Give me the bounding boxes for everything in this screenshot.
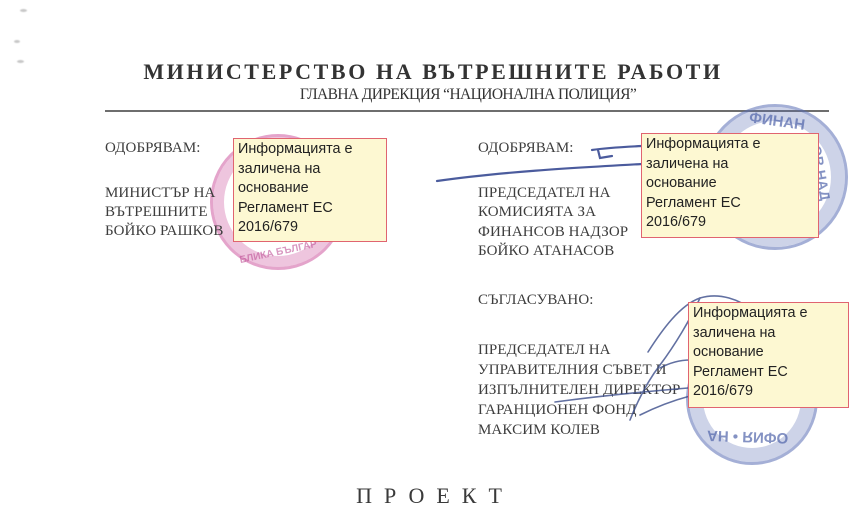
redaction-line: заличена на: [693, 324, 848, 344]
redaction-line: Регламент ЕС: [693, 363, 848, 383]
document-title: МИНИСТЕРСТВО НА ВЪТРЕШНИТЕ РАБОТИ: [0, 59, 858, 85]
draft-label: ПРОЕКТ: [0, 483, 858, 509]
redaction-line: заличена на: [238, 160, 386, 180]
agreed-label: СЪГЛАСУВАНО:: [478, 291, 594, 311]
right-signatory-line: ФИНАНСОВ НАДЗОР: [478, 223, 628, 243]
header-divider: [105, 110, 829, 112]
redaction-box: Информацията е заличена на основание Рег…: [641, 133, 819, 238]
right-signatory-line: ПРЕДСЕДАТЕЛ НА: [478, 184, 611, 204]
scan-speck: [14, 40, 20, 43]
redaction-line: заличена на: [646, 155, 818, 175]
left-signatory-line: МИНИСТЪР НА: [105, 184, 215, 204]
redaction-line: Регламент ЕС: [238, 199, 386, 219]
agreed-signatory-line: УПРАВИТЕЛНИЯ СЪВЕТ И: [478, 361, 667, 381]
agreed-signatory-line: ПРЕДСЕДАТЕЛ НА: [478, 341, 611, 361]
redaction-line: 2016/679: [693, 382, 848, 402]
left-signatory-line: ВЪТРЕШНИТЕ: [105, 203, 208, 223]
redaction-line: Информацията е: [238, 140, 386, 160]
redaction-line: основание: [646, 174, 818, 194]
redaction-line: Информацията е: [693, 304, 848, 324]
agreed-signatory-line: ИЗПЪЛНИТЕЛЕН ДИРЕКТОР: [478, 381, 680, 401]
redaction-line: основание: [238, 179, 386, 199]
stamp-text-bottom: ОФИЯ • НА: [707, 427, 789, 447]
stamp-text-top: ФИНАН: [748, 109, 806, 134]
stamp-text-bottom: БЛИКА БЪЛГАР: [239, 239, 318, 266]
agreed-signatory-line: ГАРАНЦИОНЕН ФОНД: [478, 401, 637, 421]
right-signatory-line: КОМИСИЯТА ЗА: [478, 203, 596, 223]
redaction-line: 2016/679: [238, 218, 386, 238]
redaction-line: основание: [693, 343, 848, 363]
right-signatory-line: БОЙКО АТАНАСОВ: [478, 242, 614, 262]
redaction-box: Информацията е заличена на основание Рег…: [233, 138, 387, 242]
document-subtitle: ГЛАВНА ДИРЕКЦИЯ “НАЦИОНАЛНА ПОЛИЦИЯ”: [252, 86, 684, 104]
left-approve-label: ОДОБРЯВАМ:: [105, 139, 201, 159]
redaction-line: Регламент ЕС: [646, 194, 818, 214]
redaction-line: 2016/679: [646, 213, 818, 233]
redaction-line: Информацията е: [646, 135, 818, 155]
redaction-box: Информацията е заличена на основание Рег…: [688, 302, 849, 408]
agreed-signatory-line: МАКСИМ КОЛЕВ: [478, 421, 600, 441]
right-approve-label: ОДОБРЯВАМ:: [478, 139, 574, 159]
scan-speck: [20, 9, 27, 12]
left-signatory-line: БОЙКО РАШКОВ: [105, 222, 223, 242]
